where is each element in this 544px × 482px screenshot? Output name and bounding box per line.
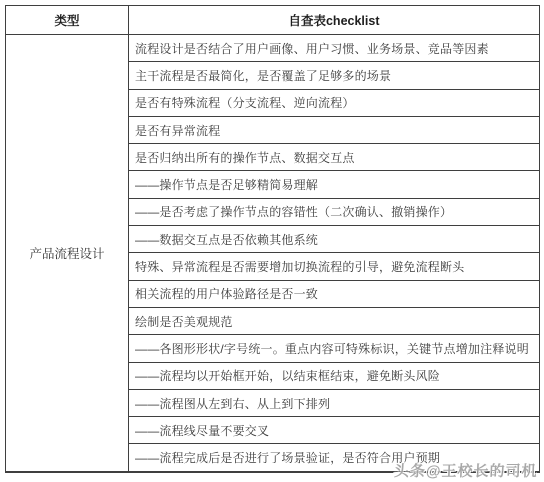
checklist-item: 主干流程是否最简化，是否覆盖了足够多的场景 <box>129 62 540 89</box>
checklist-table-container: 类型 自查表checklist 产品流程设计流程设计是否结合了用户画像、用户习惯… <box>5 5 540 473</box>
checklist-item: ——数据交互点是否依赖其他系统 <box>129 226 540 253</box>
header-row: 类型 自查表checklist <box>6 6 540 35</box>
checklist-item: ——流程图从左到右、从上到下排列 <box>129 389 540 416</box>
category-cell: 产品流程设计 <box>6 35 129 473</box>
checklist-item: 绘制是否美观规范 <box>129 307 540 334</box>
checklist-item: 是否有异常流程 <box>129 116 540 143</box>
checklist-table: 类型 自查表checklist 产品流程设计流程设计是否结合了用户画像、用户习惯… <box>5 5 540 473</box>
checklist-item: 是否归纳出所有的操作节点、数据交互点 <box>129 144 540 171</box>
checklist-item: ——是否考虑了操作节点的容错性（二次确认、撤销操作） <box>129 198 540 225</box>
checklist-item: 是否有特殊流程（分支流程、逆向流程） <box>129 89 540 116</box>
column-header-checklist: 自查表checklist <box>129 6 540 35</box>
checklist-item: 相关流程的用户体验路径是否一致 <box>129 280 540 307</box>
checklist-item: ——流程均以开始框开始，以结束框结束，避免断头风险 <box>129 362 540 389</box>
checklist-item: ——流程完成后是否进行了场景验证，是否符合用户预期 <box>129 444 540 472</box>
checklist-item: 特殊、异常流程是否需要增加切换流程的引导，避免流程断头 <box>129 253 540 280</box>
column-header-type: 类型 <box>6 6 129 35</box>
checklist-item: ——操作节点是否足够精简易理解 <box>129 171 540 198</box>
checklist-item: 流程设计是否结合了用户画像、用户习惯、业务场景、竞品等因素 <box>129 35 540 62</box>
checklist-item: ——流程线尽量不要交叉 <box>129 417 540 444</box>
checklist-item: ——各图形形状/字号统一。重点内容可特殊标识，关键节点增加注释说明 <box>129 335 540 362</box>
table-row: 产品流程设计流程设计是否结合了用户画像、用户习惯、业务场景、竞品等因素 <box>6 35 540 62</box>
checklist-body: 产品流程设计流程设计是否结合了用户画像、用户习惯、业务场景、竞品等因素主干流程是… <box>6 35 540 473</box>
